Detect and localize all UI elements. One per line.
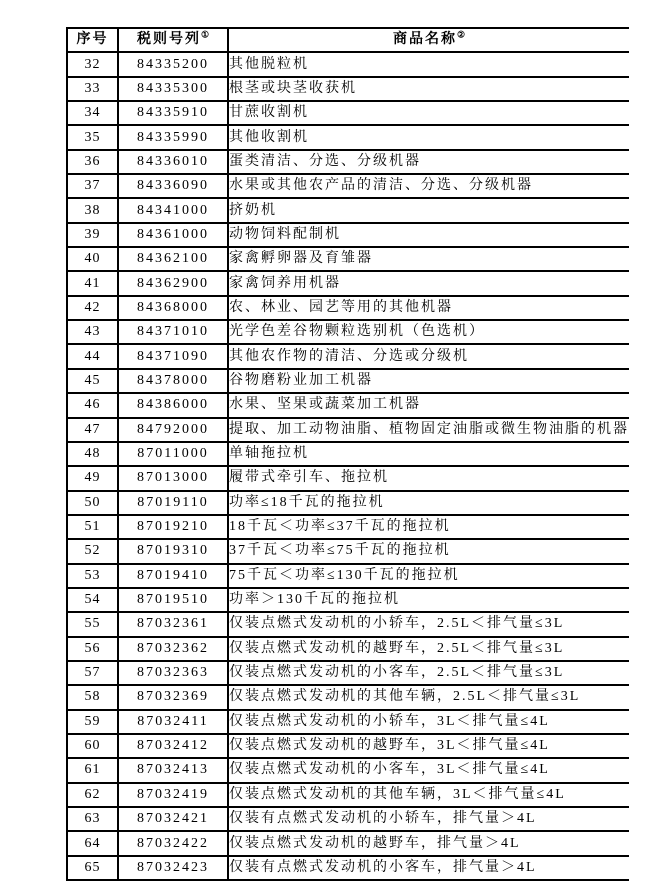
cell-serial-number: 61: [67, 758, 118, 782]
cell-tariff-code: 84335200: [118, 52, 228, 76]
cell-tariff-code: 87032422: [118, 831, 228, 855]
cell-serial-number: 64: [67, 831, 118, 855]
cell-serial-number: 52: [67, 539, 118, 563]
table-row: 39 84361000 动物饲料配制机: [67, 223, 629, 247]
table-row: 46 84386000 水果、坚果或蔬菜加工机器: [67, 393, 629, 417]
cell-product-name: 农、林业、园艺等用的其他机器: [228, 296, 629, 320]
table-row: 65 87032423 仅装有点燃式发动机的小客车，排气量＞4L: [67, 856, 629, 880]
table-row: 64 87032422 仅装点燃式发动机的越野车，排气量＞4L: [67, 831, 629, 855]
cell-serial-number: 59: [67, 710, 118, 734]
cell-product-name: 根茎或块茎收获机: [228, 77, 629, 101]
cell-serial-number: 55: [67, 612, 118, 636]
cell-product-name: 家禽孵卵器及育雏器: [228, 247, 629, 271]
cell-tariff-code: 87032423: [118, 856, 228, 880]
table-header-row: 序号 税则号列① 商品名称②: [67, 28, 629, 52]
cell-tariff-code: 84371010: [118, 320, 228, 344]
cell-serial-number: 45: [67, 369, 118, 393]
cell-tariff-code: 84335910: [118, 101, 228, 125]
cell-product-name: 提取、加工动物油脂、植物固定油脂或微生物油脂的机器: [228, 418, 629, 442]
footnote-marker-1: ①: [201, 30, 209, 40]
cell-serial-number: 54: [67, 588, 118, 612]
table-row: 55 87032361 仅装点燃式发动机的小轿车，2.5L＜排气量≤3L: [67, 612, 629, 636]
table-row: 42 84368000 农、林业、园艺等用的其他机器: [67, 296, 629, 320]
cell-serial-number: 41: [67, 271, 118, 295]
table-row: 59 87032411 仅装点燃式发动机的小轿车，3L＜排气量≤4L: [67, 710, 629, 734]
table-row: 48 87011000 单轴拖拉机: [67, 442, 629, 466]
cell-product-name: 家禽饲养用机器: [228, 271, 629, 295]
table-row: 38 84341000 挤奶机: [67, 198, 629, 222]
column-header-tariff-code: 税则号列①: [118, 28, 228, 52]
cell-product-name: 仅装有点燃式发动机的小客车，排气量＞4L: [228, 856, 629, 880]
column-header-product-name: 商品名称②: [228, 28, 629, 52]
cell-serial-number: 35: [67, 125, 118, 149]
cell-tariff-code: 87032411: [118, 710, 228, 734]
cell-tariff-code: 87011000: [118, 442, 228, 466]
tariff-table: 序号 税则号列① 商品名称② 32 84335200 其他脱粒机 33 8433…: [66, 27, 629, 881]
cell-product-name: 仅装点燃式发动机的越野车，2.5L＜排气量≤3L: [228, 637, 629, 661]
cell-product-name: 蛋类清洁、分选、分级机器: [228, 150, 629, 174]
cell-tariff-code: 87019310: [118, 539, 228, 563]
cell-tariff-code: 87032363: [118, 661, 228, 685]
cell-tariff-code: 84341000: [118, 198, 228, 222]
table-row: 37 84336090 水果或其他农产品的清洁、分选、分级机器: [67, 174, 629, 198]
cell-product-name: 37千瓦＜功率≤75千瓦的拖拉机: [228, 539, 629, 563]
cell-product-name: 仅装点燃式发动机的小客车，2.5L＜排气量≤3L: [228, 661, 629, 685]
cell-tariff-code: 84362100: [118, 247, 228, 271]
cell-product-name: 仅装有点燃式发动机的小轿车，排气量＞4L: [228, 807, 629, 831]
cell-tariff-code: 87032421: [118, 807, 228, 831]
table-row: 60 87032412 仅装点燃式发动机的越野车，3L＜排气量≤4L: [67, 734, 629, 758]
cell-serial-number: 37: [67, 174, 118, 198]
cell-tariff-code: 87032413: [118, 758, 228, 782]
cell-product-name: 功率＞130千瓦的拖拉机: [228, 588, 629, 612]
table-row: 57 87032363 仅装点燃式发动机的小客车，2.5L＜排气量≤3L: [67, 661, 629, 685]
cell-tariff-code: 87032362: [118, 637, 228, 661]
cell-serial-number: 38: [67, 198, 118, 222]
cell-tariff-code: 87032419: [118, 783, 228, 807]
cell-product-name: 甘蔗收割机: [228, 101, 629, 125]
cell-tariff-code: 84336090: [118, 174, 228, 198]
cell-serial-number: 63: [67, 807, 118, 831]
cell-product-name: 仅装点燃式发动机的其他车辆，3L＜排气量≤4L: [228, 783, 629, 807]
cell-serial-number: 56: [67, 637, 118, 661]
cell-serial-number: 50: [67, 491, 118, 515]
cell-serial-number: 53: [67, 564, 118, 588]
cell-tariff-code: 84336010: [118, 150, 228, 174]
cell-product-name: 水果或其他农产品的清洁、分选、分级机器: [228, 174, 629, 198]
table-row: 36 84336010 蛋类清洁、分选、分级机器: [67, 150, 629, 174]
cell-serial-number: 34: [67, 101, 118, 125]
cell-product-name: 仅装点燃式发动机的越野车，排气量＞4L: [228, 831, 629, 855]
cell-product-name: 仅装点燃式发动机的小客车，3L＜排气量≤4L: [228, 758, 629, 782]
table-row: 32 84335200 其他脱粒机: [67, 52, 629, 76]
cell-product-name: 其他脱粒机: [228, 52, 629, 76]
table-row: 63 87032421 仅装有点燃式发动机的小轿车，排气量＞4L: [67, 807, 629, 831]
table-row: 54 87019510 功率＞130千瓦的拖拉机: [67, 588, 629, 612]
cell-tariff-code: 84335990: [118, 125, 228, 149]
footnote-marker-2: ②: [457, 30, 465, 40]
table-row: 50 87019110 功率≤18千瓦的拖拉机: [67, 491, 629, 515]
cell-serial-number: 51: [67, 515, 118, 539]
cell-serial-number: 40: [67, 247, 118, 271]
cell-product-name: 履带式牵引车、拖拉机: [228, 466, 629, 490]
cell-product-name: 挤奶机: [228, 198, 629, 222]
cell-product-name: 其他收割机: [228, 125, 629, 149]
cell-product-name: 谷物磨粉业加工机器: [228, 369, 629, 393]
table-row: 58 87032369 仅装点燃式发动机的其他车辆，2.5L＜排气量≤3L: [67, 685, 629, 709]
table-row: 53 87019410 75千瓦＜功率≤130千瓦的拖拉机: [67, 564, 629, 588]
cell-tariff-code: 84362900: [118, 271, 228, 295]
column-header-serial: 序号: [67, 28, 118, 52]
cell-product-name: 仅装点燃式发动机的小轿车，2.5L＜排气量≤3L: [228, 612, 629, 636]
table-row: 33 84335300 根茎或块茎收获机: [67, 77, 629, 101]
cell-serial-number: 32: [67, 52, 118, 76]
table-row: 44 84371090 其他农作物的清洁、分选或分级机: [67, 344, 629, 368]
cell-product-name: 其他农作物的清洁、分选或分级机: [228, 344, 629, 368]
cell-serial-number: 33: [67, 77, 118, 101]
cell-product-name: 仅装点燃式发动机的其他车辆，2.5L＜排气量≤3L: [228, 685, 629, 709]
cell-tariff-code: 84335300: [118, 77, 228, 101]
table-row: 49 87013000 履带式牵引车、拖拉机: [67, 466, 629, 490]
cell-tariff-code: 84361000: [118, 223, 228, 247]
table-row: 40 84362100 家禽孵卵器及育雏器: [67, 247, 629, 271]
cell-product-name: 18千瓦＜功率≤37千瓦的拖拉机: [228, 515, 629, 539]
column-header-product-name-label: 商品名称: [393, 32, 457, 47]
column-header-tariff-code-label: 税则号列: [137, 32, 201, 47]
cell-serial-number: 43: [67, 320, 118, 344]
table-row: 51 87019210 18千瓦＜功率≤37千瓦的拖拉机: [67, 515, 629, 539]
document-page: 序号 税则号列① 商品名称② 32 84335200 其他脱粒机 33 8433…: [0, 0, 671, 884]
column-header-serial-label: 序号: [77, 32, 109, 47]
table-row: 62 87032419 仅装点燃式发动机的其他车辆，3L＜排气量≤4L: [67, 783, 629, 807]
cell-serial-number: 36: [67, 150, 118, 174]
cell-tariff-code: 87032369: [118, 685, 228, 709]
cell-tariff-code: 87019110: [118, 491, 228, 515]
cell-serial-number: 42: [67, 296, 118, 320]
cell-product-name: 75千瓦＜功率≤130千瓦的拖拉机: [228, 564, 629, 588]
table-body: 32 84335200 其他脱粒机 33 84335300 根茎或块茎收获机 3…: [67, 52, 629, 880]
cell-serial-number: 44: [67, 344, 118, 368]
cell-serial-number: 47: [67, 418, 118, 442]
cell-tariff-code: 87032361: [118, 612, 228, 636]
cell-product-name: 功率≤18千瓦的拖拉机: [228, 491, 629, 515]
table-row: 56 87032362 仅装点燃式发动机的越野车，2.5L＜排气量≤3L: [67, 637, 629, 661]
cell-serial-number: 49: [67, 466, 118, 490]
cell-tariff-code: 84371090: [118, 344, 228, 368]
cell-serial-number: 46: [67, 393, 118, 417]
cell-tariff-code: 87019510: [118, 588, 228, 612]
table-row: 61 87032413 仅装点燃式发动机的小客车，3L＜排气量≤4L: [67, 758, 629, 782]
cell-tariff-code: 87032412: [118, 734, 228, 758]
cell-serial-number: 62: [67, 783, 118, 807]
cell-product-name: 水果、坚果或蔬菜加工机器: [228, 393, 629, 417]
cell-serial-number: 48: [67, 442, 118, 466]
cell-tariff-code: 87019410: [118, 564, 228, 588]
cell-serial-number: 65: [67, 856, 118, 880]
cell-product-name: 仅装点燃式发动机的越野车，3L＜排气量≤4L: [228, 734, 629, 758]
table-row: 47 84792000 提取、加工动物油脂、植物固定油脂或微生物油脂的机器: [67, 418, 629, 442]
cell-tariff-code: 84792000: [118, 418, 228, 442]
cell-tariff-code: 84386000: [118, 393, 228, 417]
table-row: 35 84335990 其他收割机: [67, 125, 629, 149]
cell-serial-number: 39: [67, 223, 118, 247]
cell-serial-number: 58: [67, 685, 118, 709]
table-row: 41 84362900 家禽饲养用机器: [67, 271, 629, 295]
cell-tariff-code: 84368000: [118, 296, 228, 320]
cell-serial-number: 60: [67, 734, 118, 758]
table-row: 52 87019310 37千瓦＜功率≤75千瓦的拖拉机: [67, 539, 629, 563]
cell-tariff-code: 87019210: [118, 515, 228, 539]
cell-tariff-code: 84378000: [118, 369, 228, 393]
cell-product-name: 光学色差谷物颗粒选别机（色选机）: [228, 320, 629, 344]
cell-product-name: 仅装点燃式发动机的小轿车，3L＜排气量≤4L: [228, 710, 629, 734]
cell-tariff-code: 87013000: [118, 466, 228, 490]
table-row: 43 84371010 光学色差谷物颗粒选别机（色选机）: [67, 320, 629, 344]
cell-product-name: 单轴拖拉机: [228, 442, 629, 466]
cell-product-name: 动物饲料配制机: [228, 223, 629, 247]
table-row: 45 84378000 谷物磨粉业加工机器: [67, 369, 629, 393]
cell-serial-number: 57: [67, 661, 118, 685]
table-row: 34 84335910 甘蔗收割机: [67, 101, 629, 125]
